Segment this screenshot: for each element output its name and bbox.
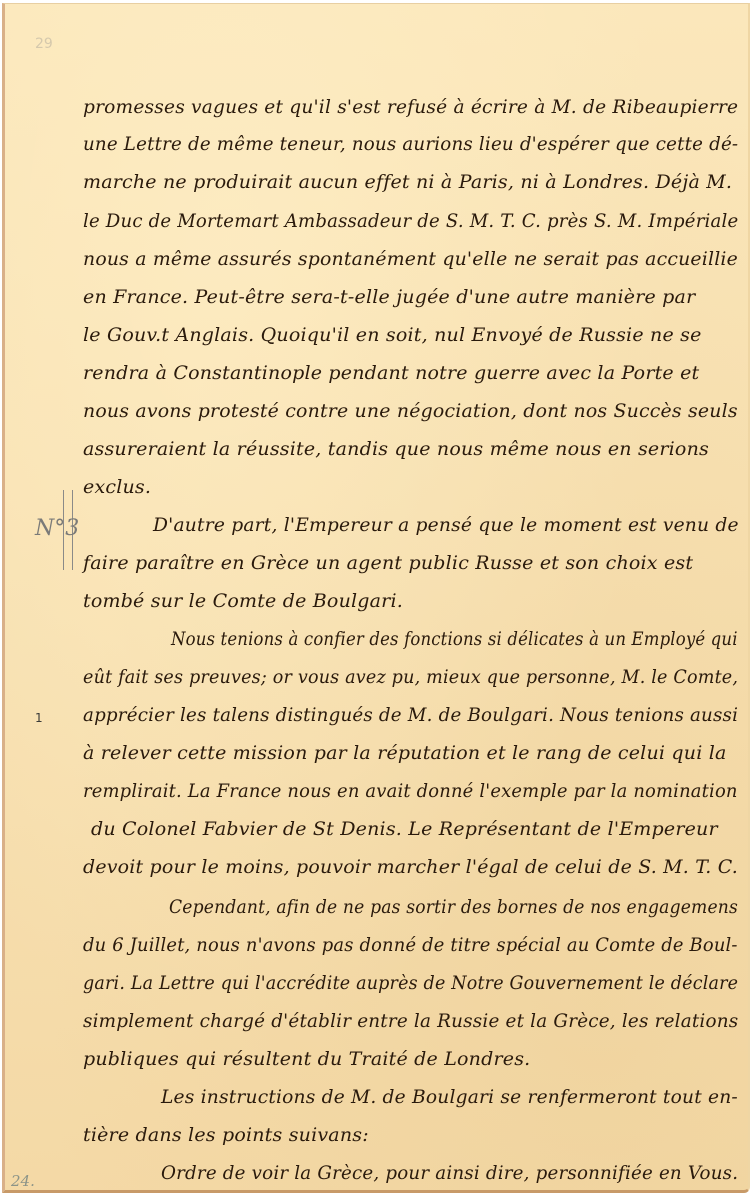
text-line: tière dans les points suivans: xyxy=(83,1124,369,1146)
text-line: le Gouv.t Anglais. Quoiqu'il en soit, nu… xyxy=(83,324,702,346)
paragraph-start-line: D'autre part, l'Empereur a pensé que le … xyxy=(153,514,739,536)
text-line: apprécier les talens distingués de M. de… xyxy=(83,704,738,726)
margin-digit: 1 xyxy=(35,711,43,725)
faded-corner-mark: 29 xyxy=(35,36,53,52)
margin-note-number: N°3 xyxy=(35,516,79,541)
text-line: faire paraître en Grèce un agent public … xyxy=(83,552,693,574)
paragraph-start-line: Les instructions de M. de Boulgari se re… xyxy=(161,1086,738,1108)
text-line: du Colonel Fabvier de St Denis. Le Repré… xyxy=(91,818,718,840)
manuscript-page: 29 N°3 1 promesses vagues et qu'il s'est… xyxy=(2,3,750,1193)
text-line: promesses vagues et qu'il s'est refusé à… xyxy=(83,96,738,118)
text-line: gari. La Lettre qui l'accrédite auprès d… xyxy=(83,972,738,994)
paragraph-start-line: Cependant, afin de ne pas sortir des bor… xyxy=(169,896,738,918)
text-line: tombé sur le Comte de Boulgari. xyxy=(83,590,403,612)
folio-number: 24. xyxy=(11,1172,35,1190)
paragraph-start-line: Nous tenions à confier des fonctions si … xyxy=(171,628,738,650)
text-line: du 6 Juillet, nous n'avons pas donné de … xyxy=(83,934,738,956)
text-line: devoit pour le moins, pouvoir marcher l'… xyxy=(83,856,738,878)
text-line: simplement chargé d'établir entre la Rus… xyxy=(83,1010,738,1032)
text-line: nous a même assurés spontanément qu'elle… xyxy=(83,248,738,270)
paragraph-start-line: Ordre de voir la Grèce, pour ainsi dire,… xyxy=(161,1162,738,1184)
text-line: marche ne produirait aucun effet ni à Pa… xyxy=(83,171,732,193)
text-line: nous avons protesté contre une négociati… xyxy=(83,400,738,422)
text-line: à relever cette mission par la réputatio… xyxy=(83,742,727,764)
text-line: le Duc de Mortemart Ambassadeur de S. M.… xyxy=(83,210,738,232)
text-line: eût fait ses preuves; or vous avez pu, m… xyxy=(83,666,738,688)
text-line: rendra à Constantinople pendant notre gu… xyxy=(83,362,699,384)
text-line: remplirait. La France nous en avait donn… xyxy=(83,780,738,802)
text-line: en France. Peut-être sera-t-elle jugée d… xyxy=(83,286,695,308)
text-line: assureraient la réussite, tandis que nou… xyxy=(83,438,709,460)
text-line: publiques qui résultent du Traité de Lon… xyxy=(83,1048,530,1070)
text-line: exclus. xyxy=(83,476,151,498)
text-line: une Lettre de même teneur, nous aurions … xyxy=(83,133,738,155)
